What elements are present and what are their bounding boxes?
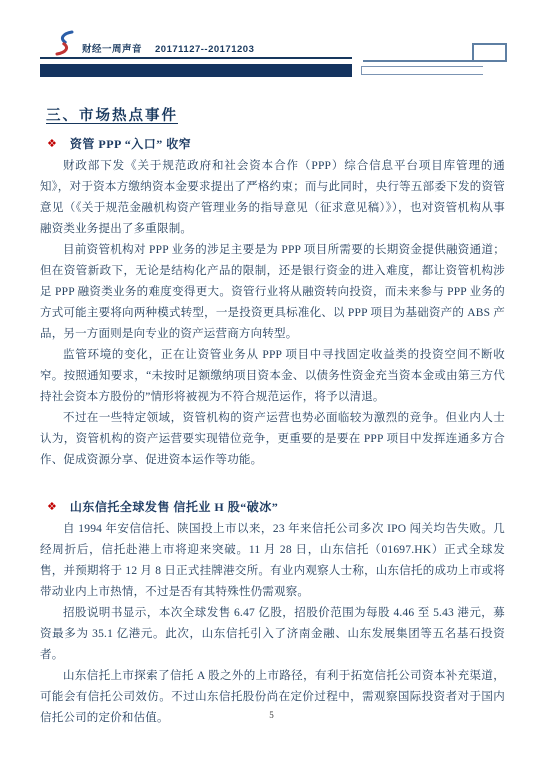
header-deco-strip (361, 66, 483, 75)
report-date-range: 20171127--20171203 (155, 44, 254, 56)
topic-ppp: ❖ 资管 PPP “入口” 收窄 财政部下发《关于规范政府和社会资本合作（PPP… (40, 135, 505, 471)
header-deco-tab (472, 43, 507, 61)
topic-heading-row: ❖ 资管 PPP “入口” 收窄 (47, 135, 505, 152)
paragraph: 不过在一些特定领域，资管机构的资产运营也势必面临较为激烈的竞争。但业内人士认为，… (40, 408, 505, 471)
header-navy-bar (40, 64, 352, 77)
header-rule (40, 57, 352, 59)
page-footer: 5 (0, 710, 543, 720)
paragraph: 财政部下发《关于规范政府和社会资本合作（PPP）综合信息平台项目库管理的通知》，… (40, 156, 505, 240)
topic-shandong-trust: ❖ 山东信托全球发售 信托业 H 股“破冰” 自 1994 年安信信托、陕国投上… (40, 498, 505, 729)
paragraph: 监管环境的变化，正在让资管业务从 PPP 项目中寻找固定收益类的投资空间不断收窄… (40, 345, 505, 408)
document-page: 财经一周声音 20171127--20171203 三、市场热点事件 ❖ 资管 … (0, 0, 543, 768)
paragraph: 目前资管机构对 PPP 业务的涉足主要是为 PPP 项目所需要的长期资金提供融资… (40, 240, 505, 345)
topic-heading: 资管 PPP “入口” 收窄 (70, 135, 191, 152)
topic-heading: 山东信托全球发售 信托业 H 股“破冰” (70, 498, 278, 515)
diamond-bullet-icon: ❖ (47, 500, 57, 513)
page-number: 5 (269, 710, 274, 720)
document-body: 三、市场热点事件 ❖ 资管 PPP “入口” 收窄 财政部下发《关于规范政府和社… (0, 104, 543, 729)
paragraph: 自 1994 年安信信托、陕国投上市以来，23 年来信托公司多次 IPO 闯关均… (40, 519, 505, 603)
section-title: 三、市场热点事件 (46, 104, 505, 125)
topic-heading-row: ❖ 山东信托全球发售 信托业 H 股“破冰” (47, 498, 505, 515)
report-brand: 财经一周声音 20171127--20171203 (53, 30, 254, 56)
report-title: 财经一周声音 (82, 41, 142, 56)
diamond-bullet-icon: ❖ (47, 137, 57, 150)
brand-logo-icon (53, 30, 75, 56)
paragraph: 招股说明书显示，本次全球发售 6.47 亿股，招股价范围为每股 4.46 至 5… (40, 603, 505, 666)
